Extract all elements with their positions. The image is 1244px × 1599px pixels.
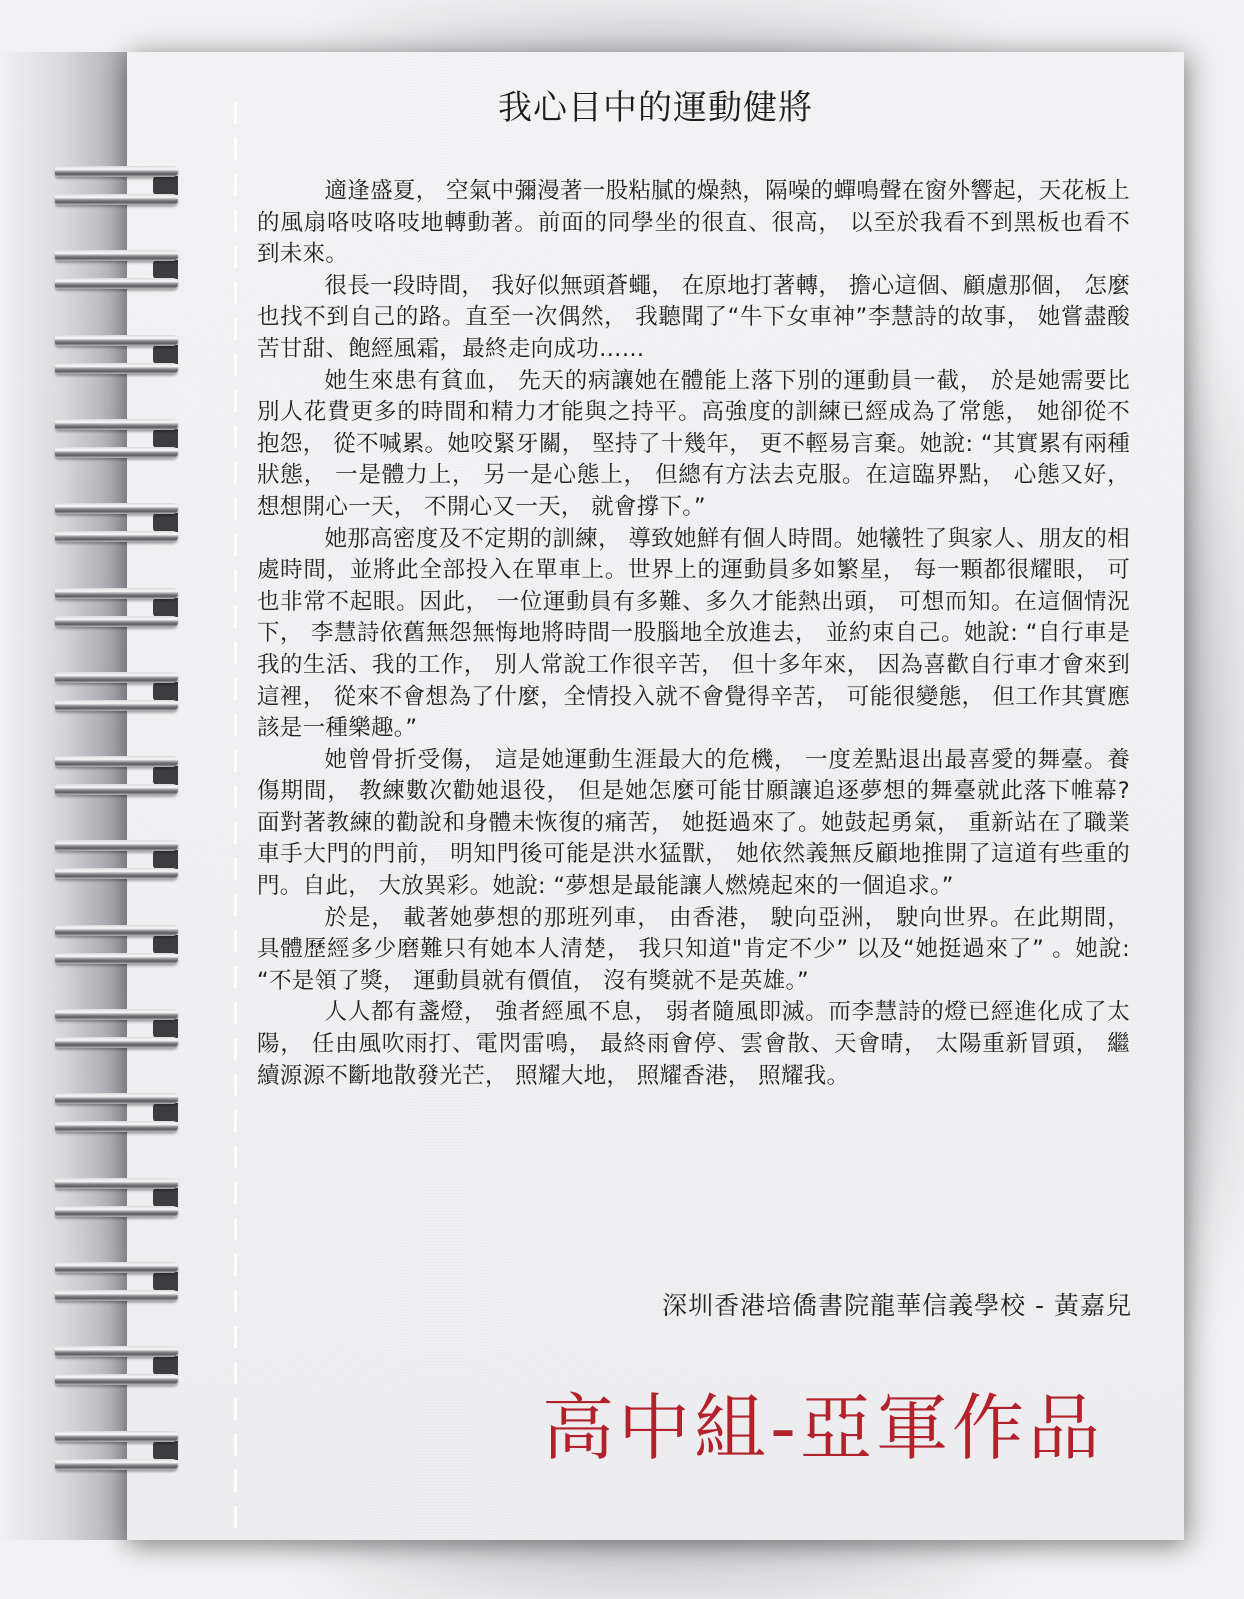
perforation-line	[234, 102, 237, 1530]
ring-wire	[55, 588, 178, 599]
ring-hole	[153, 176, 178, 195]
ring-wire	[55, 250, 178, 261]
spiral-ring-icon	[55, 840, 180, 880]
spiral-ring-icon	[55, 1009, 180, 1049]
ring-hole	[153, 1356, 178, 1375]
spiral-ring-icon	[55, 672, 180, 712]
spiral-binding	[55, 0, 180, 1599]
ring-wire	[55, 1459, 178, 1470]
ring-wire	[55, 1121, 178, 1132]
ring-hole	[153, 1272, 178, 1291]
ring-wire	[55, 363, 178, 374]
spiral-ring-icon	[55, 588, 180, 628]
author-attribution: 深圳香港培僑書院龍華信義學校 - 黃嘉兒	[662, 1286, 1132, 1322]
ring-hole	[153, 345, 178, 364]
ring-hole	[153, 935, 178, 954]
ring-wire	[55, 278, 178, 289]
ring-wire	[55, 953, 178, 964]
ring-wire	[55, 531, 178, 542]
essay-paragraph: 她生來患有貧血， 先天的病讓她在體能上落下別的運動員一截， 於是她需要比別人花費…	[257, 366, 1130, 524]
spiral-ring-icon	[55, 419, 180, 459]
ring-wire	[55, 1431, 178, 1442]
essay-paragraph: 適逢盛夏， 空氣中彌漫著一股粘膩的燥熱，隔噪的蟬鳴聲在窗外響起，天花板上的風扇咯…	[257, 176, 1130, 271]
spiral-ring-icon	[55, 1093, 180, 1133]
spiral-ring-icon	[55, 756, 180, 796]
ring-wire	[55, 868, 178, 879]
ring-hole	[153, 850, 178, 869]
ring-hole	[153, 1441, 178, 1460]
ring-wire	[55, 1262, 178, 1273]
spiral-ring-icon	[55, 1431, 180, 1471]
ring-wire	[55, 503, 178, 514]
ring-wire	[55, 1009, 178, 1020]
ring-wire	[55, 616, 178, 627]
essay-paragraph: 人人都有盞燈， 強者經風不息， 弱者隨風即滅。而李慧詩的燈已經進化成了太陽， 任…	[257, 997, 1130, 1092]
ring-wire	[55, 1037, 178, 1048]
spiral-ring-icon	[55, 250, 180, 290]
ring-hole	[153, 1103, 178, 1122]
ring-wire	[55, 925, 178, 936]
ring-hole	[153, 682, 178, 701]
essay-body: 適逢盛夏， 空氣中彌漫著一股粘膩的燥熱，隔噪的蟬鳴聲在窗外響起，天花板上的風扇咯…	[257, 176, 1130, 1092]
ring-wire	[55, 1346, 178, 1357]
ring-wire	[55, 194, 178, 205]
ring-hole	[153, 766, 178, 785]
essay-paragraph: 她曾骨折受傷， 這是她運動生涯最大的危機， 一度差點退出最喜愛的舞臺。養傷期間，…	[257, 745, 1130, 903]
ring-hole	[153, 1188, 178, 1207]
ring-hole	[153, 429, 178, 448]
ring-wire	[55, 1178, 178, 1189]
ring-wire	[55, 1093, 178, 1104]
spiral-ring-icon	[55, 166, 180, 206]
ring-hole	[153, 513, 178, 532]
ring-wire	[55, 840, 178, 851]
spiral-ring-icon	[55, 335, 180, 375]
spiral-ring-icon	[55, 1262, 180, 1302]
ring-hole	[153, 260, 178, 279]
essay-paragraph: 很長一段時間， 我好似無頭蒼蠅， 在原地打著轉， 擔心這個、顧慮那個， 怎麼也找…	[257, 271, 1130, 366]
essay-paragraph: 她那高密度及不定期的訓練， 導致她鮮有個人時間。她犧牲了與家人、朋友的相處時間，…	[257, 524, 1130, 745]
spiral-ring-icon	[55, 503, 180, 543]
award-label: 高中組-亞軍作品	[542, 1392, 1104, 1464]
ring-wire	[55, 756, 178, 767]
ring-wire	[55, 1206, 178, 1217]
ring-wire	[55, 335, 178, 346]
ring-hole	[153, 598, 178, 617]
ring-wire	[55, 447, 178, 458]
essay-paragraph: 於是， 載著她夢想的那班列車， 由香港， 駛向亞洲， 駛向世界。在此期間， 具體…	[257, 903, 1130, 998]
ring-wire	[55, 1374, 178, 1385]
ring-wire	[55, 784, 178, 795]
ring-hole	[153, 1019, 178, 1038]
spiral-ring-icon	[55, 1346, 180, 1386]
spiral-ring-icon	[55, 1178, 180, 1218]
ring-wire	[55, 700, 178, 711]
ring-wire	[55, 166, 178, 177]
spiral-ring-icon	[55, 925, 180, 965]
ring-wire	[55, 1290, 178, 1301]
ring-wire	[55, 672, 178, 683]
essay-title: 我心目中的運動健將	[127, 80, 1184, 129]
ring-wire	[55, 419, 178, 430]
